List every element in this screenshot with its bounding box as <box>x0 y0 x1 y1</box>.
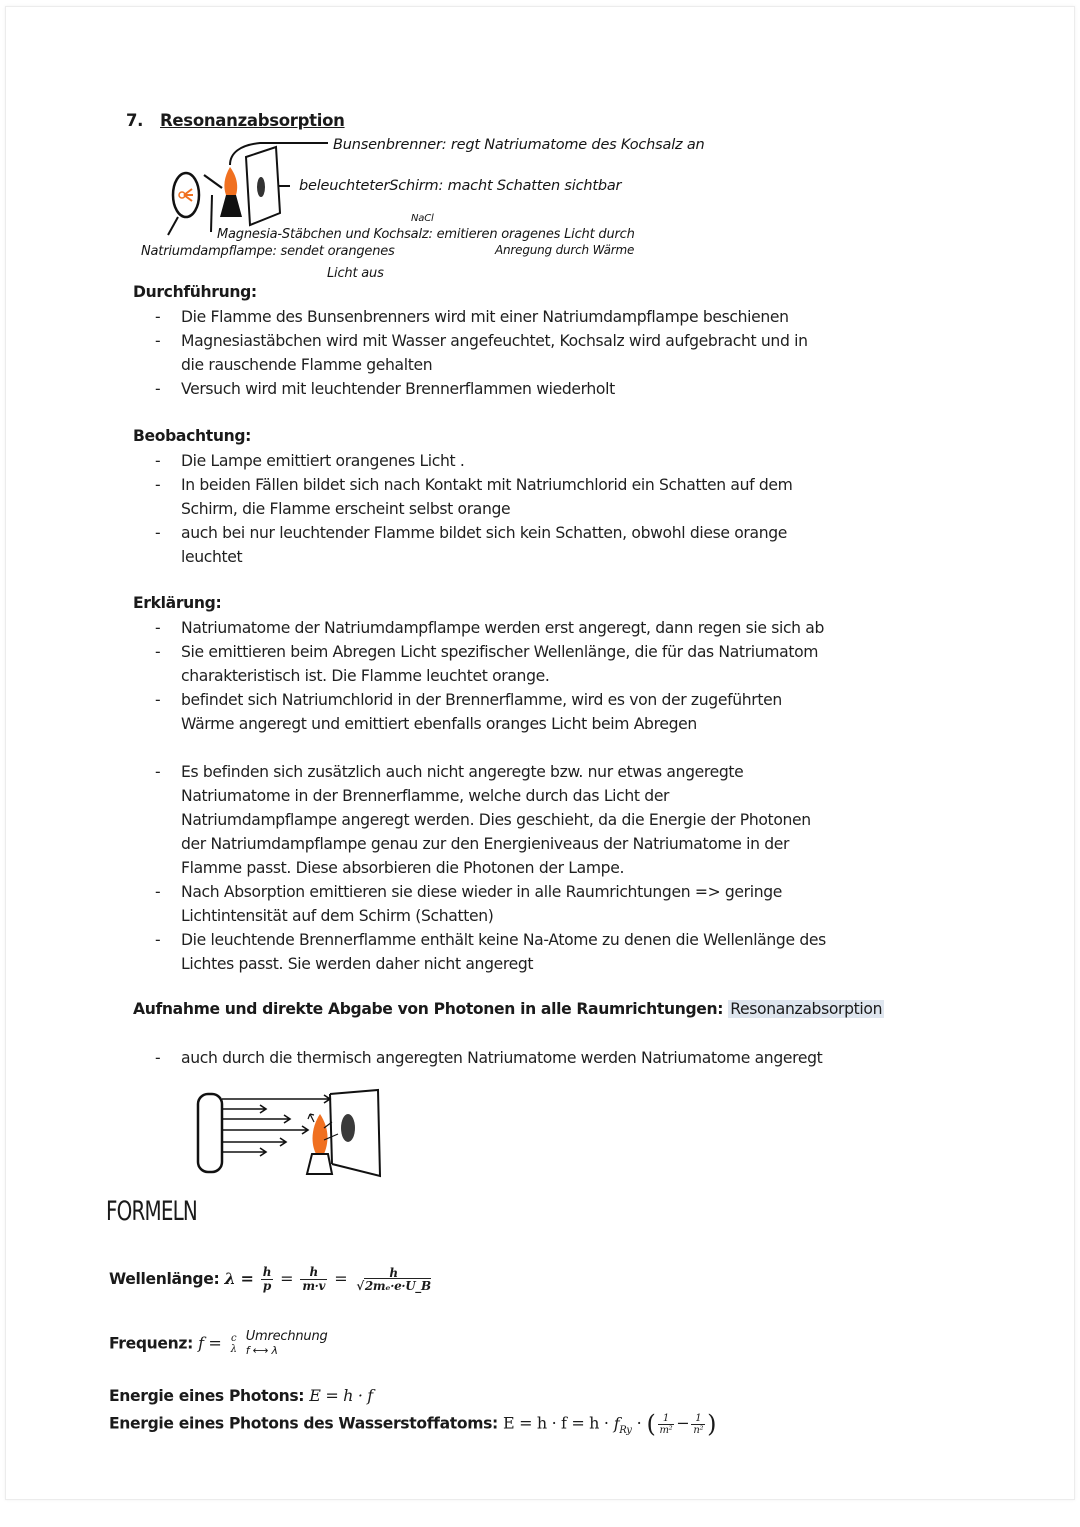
bullet-dash: - <box>155 305 160 329</box>
list-item-text: Die Lampe emittiert orangenes Licht . <box>181 449 885 473</box>
list-item-text: auch bei nur leuchtender Flamme bildet s… <box>181 521 885 545</box>
list-item: -Sie emittieren beim Abregen Licht spezi… <box>155 640 885 688</box>
sodium-lamp-icon <box>168 173 199 235</box>
beobachtung-label: Beobachtung: <box>133 427 251 445</box>
list-item-text: Schirm, die Flamme erscheint selbst oran… <box>181 497 885 521</box>
formula-label: Wellenlänge: <box>109 1270 219 1288</box>
list-item-text: Lichtes passt. Sie werden daher nicht an… <box>181 952 885 976</box>
formula-frequenz: Frequenz: f = cλ Umrechnungf ⟷ λ <box>109 1330 328 1358</box>
list-item: -Versuch wird mit leuchtender Brennerfla… <box>155 377 885 401</box>
lamp-icon <box>198 1094 222 1172</box>
list-item-text: Natriumatome der Natriumdampflampe werde… <box>181 616 885 640</box>
magnesia-rod-icon <box>204 175 222 188</box>
bullet-dash: - <box>155 473 160 497</box>
bullet-dash: - <box>155 880 160 904</box>
list-item: -Die Lampe emittiert orangenes Licht . <box>155 449 885 473</box>
list-item-text: leuchtet <box>181 545 885 569</box>
bullet-dash: - <box>155 1046 160 1070</box>
list-item-text: Die leuchtende Brennerflamme enthält kei… <box>181 928 885 952</box>
list-item-text: Natriumdampflampe angeregt werden. Dies … <box>181 808 885 832</box>
list-item-text: Sie emittieren beim Abregen Licht spezif… <box>181 640 885 664</box>
annotation-schirm: beleuchteterSchirm: macht Schatten sicht… <box>299 178 621 194</box>
screen-with-shadow-icon <box>330 1090 380 1176</box>
annotation-lampe: Natriumdampflampe: sendet orangenes <box>141 244 395 259</box>
formula-expression: E = h · f <box>309 1386 373 1405</box>
bullet-dash: - <box>155 377 160 401</box>
list-item-text: Versuch wird mit leuchtender Brennerflam… <box>181 377 885 401</box>
list-item: -befindet sich Natriumchlorid in der Bre… <box>155 688 885 736</box>
fraction: cλ <box>229 1333 239 1355</box>
formula-energie-wasserstoff: Energie eines Photons des Wasserstoffato… <box>109 1410 716 1438</box>
section-title: Resonanzabsorption <box>160 111 345 130</box>
list-item-text: Magnesiastäbchen wird mit Wasser angefeu… <box>181 329 885 353</box>
erklaerung-label: Erklärung: <box>133 594 221 612</box>
list-item-text: Es befinden sich zusätzlich auch nicht a… <box>181 760 885 784</box>
section-heading: 7.Resonanzabsorption <box>126 111 345 130</box>
annotation-nacl: NaCl <box>411 213 434 224</box>
list-item-text: Flamme passt. Diese absorbieren die Phot… <box>181 856 885 880</box>
list-item: -Natriumatome der Natriumdampflampe werd… <box>155 616 885 640</box>
definition-line: Aufnahme und direkte Abgabe von Photonen… <box>133 1000 884 1018</box>
bullet-dash: - <box>155 449 160 473</box>
list-item-text: Die Flamme des Bunsenbrenners wird mit e… <box>181 305 885 329</box>
list-item-text: Nach Absorption emittieren sie diese wie… <box>181 880 885 904</box>
frequenz-note: Umrechnungf ⟷ λ <box>246 1330 328 1358</box>
formula-label: Frequenz: <box>109 1335 193 1353</box>
list-item: -In beiden Fällen bildet sich nach Konta… <box>155 473 885 521</box>
list-item: -Die leuchtende Brennerflamme enthält ke… <box>155 928 885 976</box>
bullet-dash: - <box>155 760 160 784</box>
bullet-dash: - <box>155 616 160 640</box>
burner-icon <box>307 1154 332 1174</box>
list-item-text: auch durch die thermisch angeregten Natr… <box>181 1046 885 1070</box>
durchfuehrung-label: Durchführung: <box>133 283 257 301</box>
fraction: 1m² <box>658 1413 675 1436</box>
section-number: 7. <box>126 111 160 130</box>
bullet-dash: - <box>155 521 160 545</box>
list-item: -Die Flamme des Bunsenbrenners wird mit … <box>155 305 885 329</box>
definition-term: Resonanzabsorption <box>728 1000 884 1018</box>
list-item-text: die rauschende Flamme gehalten <box>181 353 885 377</box>
fraction: hp <box>261 1266 273 1293</box>
list-item: -auch durch die thermisch angeregten Nat… <box>155 1046 885 1070</box>
annotation-lampe-cont: Licht aus <box>327 266 384 281</box>
list-item: -auch bei nur leuchtender Flamme bildet … <box>155 521 885 569</box>
annotation-bunsenbrenner: Bunsenbrenner: regt Natriumatome des Koc… <box>333 137 705 153</box>
formula-energie: Energie eines Photons: E = h · f <box>109 1386 373 1405</box>
formeln-heading: FORMELN <box>106 1196 197 1227</box>
screen-icon <box>246 147 290 225</box>
fraction: h√2mₑ·e·U_B <box>354 1267 432 1293</box>
formula-wellenlaenge: Wellenlänge: λ = hp = hm·v = h√2mₑ·e·U_B <box>109 1266 435 1293</box>
bullet-dash: - <box>155 640 160 664</box>
formula-lhs: λ = <box>224 1269 253 1288</box>
list-item-text: charakteristisch ist. Die Flamme leuchte… <box>181 664 885 688</box>
formula-label: Energie eines Photons des Wasserstoffato… <box>109 1415 498 1433</box>
bullet-dash: - <box>155 928 160 952</box>
list-item-text: der Natriumdampflampe genau zur den Ener… <box>181 832 885 856</box>
formula-label: Energie eines Photons: <box>109 1387 304 1405</box>
list-item-text: befindet sich Natriumchlorid in der Bren… <box>181 688 885 712</box>
annotation-magnesia-cont: Anregung durch Wärme <box>495 243 634 257</box>
list-item: -Magnesiastäbchen wird mit Wasser angefe… <box>155 329 885 377</box>
list-item-text: Natriumatome in der Brennerflamme, welch… <box>181 784 885 808</box>
bullet-dash: - <box>155 688 160 712</box>
list-item: -Nach Absorption emittieren sie diese wi… <box>155 880 885 928</box>
fraction: 1n² <box>691 1413 705 1436</box>
bullet-dash: - <box>155 329 160 353</box>
fraction: hm·v <box>300 1266 327 1293</box>
formula-lhs: f = <box>198 1334 221 1353</box>
formula-expression: E = h · f = h · <box>503 1414 609 1433</box>
list-item-text: Lichtintensität auf dem Schirm (Schatten… <box>181 904 885 928</box>
flame-icon <box>308 1114 338 1154</box>
resonance-sketch <box>190 1082 390 1182</box>
annotation-magnesia: Magnesia-Stäbchen und Kochsalz: emitiere… <box>217 227 635 242</box>
list-item-text: In beiden Fällen bildet sich nach Kontak… <box>181 473 885 497</box>
list-item: -Es befinden sich zusätzlich auch nicht … <box>155 760 885 880</box>
list-item-text: Wärme angeregt und emittiert ebenfalls o… <box>181 712 885 736</box>
definition-label: Aufnahme und direkte Abgabe von Photonen… <box>133 1000 723 1018</box>
